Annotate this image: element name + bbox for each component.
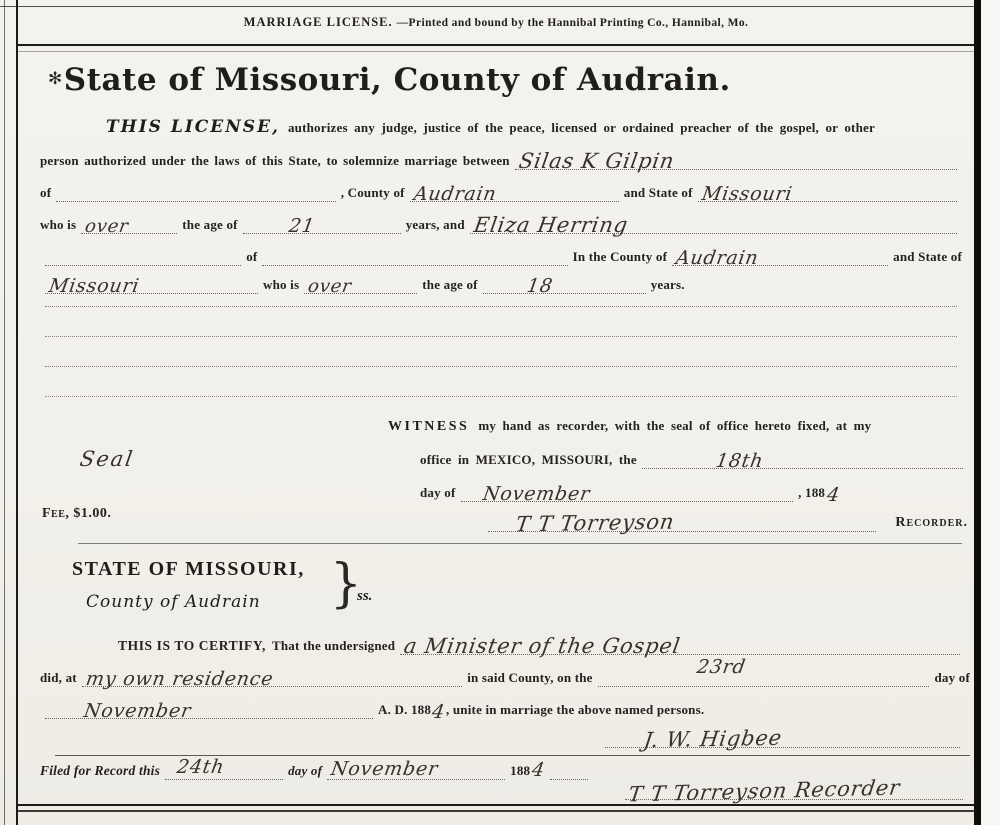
seal-handwriting: Seal [78, 449, 135, 470]
filed-label: Filed for Record this [40, 763, 160, 780]
witness-lead-bold: WITNESS [388, 419, 469, 435]
scan-right-margin [981, 0, 1000, 825]
filed-month-handwriting: November [330, 760, 440, 779]
officiant-signature-handwriting: J. W. Higbee [642, 728, 783, 751]
in-county-of-label: In the County of [573, 249, 668, 266]
place-handwriting: my own residence [84, 670, 274, 689]
and-state-of2-label: and State of [893, 249, 962, 266]
blank-ruled-line-1 [40, 292, 962, 307]
witness-month-handwriting: November [481, 485, 591, 504]
blank-line [45, 381, 957, 397]
filed-trailing-dots [550, 764, 588, 780]
cert-year-digit-handwriting: 4 [431, 703, 447, 722]
officiant-blank: a Minister of the Gospel [400, 633, 960, 655]
and-state-of-label: and State of [624, 185, 693, 202]
blank-residence [56, 186, 335, 202]
bottom-rule-2 [17, 810, 974, 812]
blank-ruled-line-3 [40, 352, 962, 367]
certificate-state-line: STATE OF MISSOURI, [72, 558, 305, 581]
years-and-label: years, and [406, 217, 465, 234]
license-line-1: THIS LICENSE, authorizes any judge, just… [40, 113, 962, 137]
blank-lead [45, 250, 241, 266]
masthead: MARRIAGE LICENSE. —Printed and bound by … [17, 13, 975, 31]
did-at-label: did, at [40, 670, 77, 687]
license-line-2: person authorized under the laws of this… [40, 144, 962, 170]
filed-day-blank: 24th [165, 760, 283, 780]
in-said-county-label: in said County, on the [467, 670, 592, 687]
witness-line-3: day of November , 188 4 [420, 476, 840, 502]
certify-rest: That the undersigned [272, 638, 395, 655]
blank-residence-2 [262, 250, 567, 266]
blank-line [45, 351, 957, 367]
witness-day-handwriting: 18th [714, 452, 764, 471]
filed-signature-blank: T T Torreyson Recorder [625, 778, 963, 800]
blank-line [45, 321, 957, 337]
border-left-inner [16, 0, 18, 825]
witness-signature-line: T T Torreyson Recorder. [420, 504, 968, 532]
witness-office-label: office in MEXICO, MISSOURI, the [420, 452, 637, 469]
filed-year-prefix: 188 [510, 763, 530, 780]
bride-county-handwriting: Audrain [675, 249, 760, 268]
blank-ruled-line-4 [40, 382, 962, 397]
groom-name-handwriting: Silas K Gilpin [517, 151, 676, 172]
cert-day-handwriting: 23rd [695, 658, 747, 677]
place-blank: my own residence [82, 667, 462, 687]
groom-age-blank: 21 [243, 214, 401, 234]
fleuron-icon: ✻ [48, 69, 63, 89]
ad-prefix-label: A. D. 188 [378, 702, 431, 719]
line-trailing-space [708, 704, 966, 719]
county-of-label: , County of [341, 185, 405, 202]
witness-line-2: office in MEXICO, MISSOURI, the 18th [420, 443, 968, 469]
license-line-5: of In the County of Audrain and State of [40, 240, 962, 266]
witness-month-blank: November [461, 482, 794, 502]
license-line2-text: person authorized under the laws of this… [40, 153, 510, 170]
seal-note: Seal [80, 446, 134, 468]
witness-year-digit-handwriting: 4 [826, 486, 842, 505]
bride-name-handwriting: Eliza Herring [472, 215, 629, 236]
license-line-4: who is over the age of 21 years, and Eli… [40, 208, 962, 234]
certificate-line-2: did, at my own residence in said County,… [40, 659, 970, 687]
masthead-rule [17, 44, 974, 46]
officiant-handwriting: a Minister of the Gospel [403, 636, 682, 657]
groom-state-blank: Missouri [698, 182, 957, 202]
filed-year-digit-handwriting: 4 [531, 761, 547, 780]
officiant-signature-blank: J. W. Higbee [605, 726, 960, 748]
certificate-signature-line: J. W. Higbee [600, 718, 965, 748]
filed-day-handwriting: 24th [176, 758, 226, 777]
masthead-title: MARRIAGE LICENSE. [244, 15, 393, 29]
bottom-rule-1 [17, 804, 974, 806]
groom-county-blank: Audrain [410, 182, 619, 202]
license-line-3: of , County of Audrain and State of Miss… [40, 176, 962, 202]
recorder-label: Recorder. [895, 515, 968, 532]
blank-line [45, 291, 957, 307]
sig-lead-space [424, 517, 479, 532]
of2-label: of [246, 249, 257, 266]
who-is-label: who is [40, 217, 76, 234]
filed-signature-line: T T Torreyson Recorder [620, 768, 968, 800]
recorder-signature-handwriting: T T Torreyson [514, 512, 675, 536]
border-right-bar [974, 0, 981, 825]
license-lead-rest: authorizes any judge, justice of the pea… [288, 120, 875, 137]
witness-year-prefix: , 188 [798, 485, 825, 502]
fee-label: Fee, $1.00. [42, 506, 111, 522]
document-title: ✻State of Missouri, County of Audrain. [48, 62, 731, 98]
cert-day-of-label: day of [934, 670, 970, 687]
masthead-subtitle: —Printed and bound by the Hannibal Print… [397, 17, 749, 29]
filed-month-blank: November [327, 760, 505, 780]
witness-day-blank: 18th [642, 449, 963, 469]
groom-over-blank: over [81, 215, 177, 234]
indent [64, 640, 114, 655]
filed-line: Filed for Record this 24th day of Novemb… [40, 762, 610, 780]
groom-age-handwriting: 21 [287, 217, 316, 236]
bride-name-blank: Eliza Herring [470, 212, 957, 234]
border-left-outer [4, 0, 5, 825]
certificate-county-line: County of Audrain [86, 592, 261, 612]
cert-month-blank: November [45, 699, 373, 719]
groom-county-handwriting: Audrain [412, 185, 497, 204]
cert-month-handwriting: November [82, 702, 192, 721]
cert-day-blank: 23rd [598, 667, 930, 687]
groom-state-handwriting: Missouri [700, 185, 793, 204]
groom-over-handwriting: over [84, 218, 130, 236]
blank-ruled-line-2 [40, 322, 962, 337]
certificate-line-1: THIS IS TO CERTIFY, That the undersigned… [60, 627, 965, 655]
masthead-rule-faint [17, 51, 974, 52]
groom-name-blank: Silas K Gilpin [515, 148, 957, 170]
certify-bold: THIS IS TO CERTIFY, [118, 638, 266, 655]
witness-lead-rest: my hand as recorder, with the seal of of… [478, 418, 871, 435]
recorder-signature-blank: T T Torreyson [488, 510, 876, 532]
the-age-of-label: the age of [182, 217, 237, 234]
bride-county-blank: Audrain [672, 246, 888, 266]
border-top-rule [0, 6, 1000, 7]
filed-signature-handwriting: T T Torreyson Recorder [627, 777, 901, 805]
certificate-line-3: November A. D. 188 4 , unite in marriage… [40, 691, 970, 719]
document-title-text: State of Missouri, County of Audrain. [64, 62, 731, 98]
ss-label: ss. [357, 588, 372, 605]
filed-day-of-label: day of [288, 763, 322, 780]
witness-line-1: WITNESS my hand as recorder, with the se… [388, 413, 968, 435]
section-divider [78, 543, 962, 544]
of-label: of [40, 185, 51, 202]
witness-day-of-label: day of [420, 485, 456, 502]
marriage-license-document: MARRIAGE LICENSE. —Printed and bound by … [0, 0, 1000, 825]
indent [44, 122, 102, 137]
license-lead-bold: THIS LICENSE, [106, 117, 280, 137]
unite-rest-label: , unite in marriage the above named pers… [446, 702, 704, 719]
fee-note: Fee, $1.00. [42, 504, 111, 522]
